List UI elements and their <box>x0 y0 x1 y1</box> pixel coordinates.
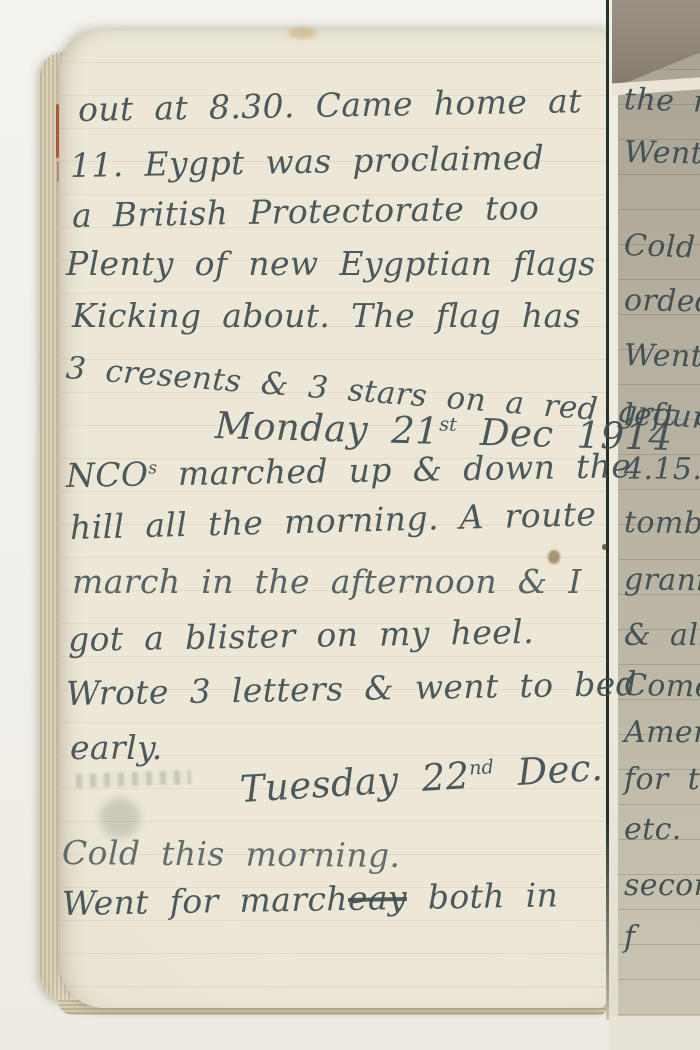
diary-line-text: Plenty of new Eygptian flags <box>66 244 596 283</box>
diary-line-fragment: & all h <box>624 618 700 653</box>
ordinal-superscript: nd <box>468 755 494 779</box>
diary-line: Cold this morning. <box>62 833 401 875</box>
diary-line-text: Went for march <box>62 879 349 923</box>
diary-line-fragment: etc. Sau <box>624 812 700 847</box>
diary-line: 11. Eygpt was proclaimed <box>70 138 545 185</box>
diary-line-text: NCO <box>66 455 149 495</box>
diary-line: Kicking about. The flag has <box>72 296 581 335</box>
ordinal-superscript: st <box>439 413 457 436</box>
diary-line-text: marched up & down the <box>157 446 632 493</box>
diary-line-text: 11. Eygpt was proclaimed <box>70 138 545 185</box>
diary-line-fragment: orded p <box>624 283 700 320</box>
diary-line-fragment: granite <box>624 562 700 599</box>
diary-line-text: march in the afternoon & I <box>72 562 582 601</box>
diary-line-text: got a blister on my heel. <box>68 612 535 659</box>
diary-line-fragment: America <box>624 715 700 750</box>
diary-line-fragment: Cold ag <box>623 228 700 267</box>
diary-line-fragment: f <box>624 920 636 955</box>
diary-line: Plenty of new Eygptian flags <box>66 244 596 283</box>
diary-line-fragment: Comen <box>624 668 700 705</box>
diary-line-fragment: Went a <box>624 338 700 375</box>
diary-line-text: Kicking about. The flag has <box>72 296 581 335</box>
diary-line: got a blister on my heel. <box>68 612 535 659</box>
diary-line-fragment: tomb. S <box>624 505 700 542</box>
diary-line-text: early. <box>70 728 163 767</box>
bottom-background <box>609 1016 700 1050</box>
diary-line-text: Dec. <box>493 746 604 796</box>
diary-line-fragment: left at <box>624 398 700 433</box>
diary-line-fragment: 4.15. W <box>624 452 700 487</box>
diary-line-text: Monday 21 <box>214 404 439 453</box>
red-margin-mark <box>56 104 59 158</box>
red-margin-mark-faint <box>57 162 59 182</box>
diary-line-text: Cold this morning. <box>62 833 401 875</box>
diary-line-text: both in <box>407 875 559 917</box>
diary-line-fragment: for the <box>624 762 700 797</box>
page-divider-line <box>606 0 609 1020</box>
paper-stain <box>288 27 316 39</box>
diary-photo: out at 8.30. Came home at 11. Eygpt was … <box>0 0 700 1050</box>
struck-through-text: eay <box>348 878 408 918</box>
diary-line-fragment: the mo <box>623 82 700 121</box>
ink-speck <box>602 544 607 550</box>
ink-smudge <box>100 798 140 838</box>
diary-line-fragment: Went to <box>624 135 700 172</box>
diary-line: early. <box>70 728 163 767</box>
diary-line-fragment: second <box>624 868 700 903</box>
diary-line: march in the afternoon & I <box>72 562 582 601</box>
diary-line-text: a British Protectorate too <box>72 188 540 235</box>
diary-line: a British Protectorate too <box>72 188 540 235</box>
